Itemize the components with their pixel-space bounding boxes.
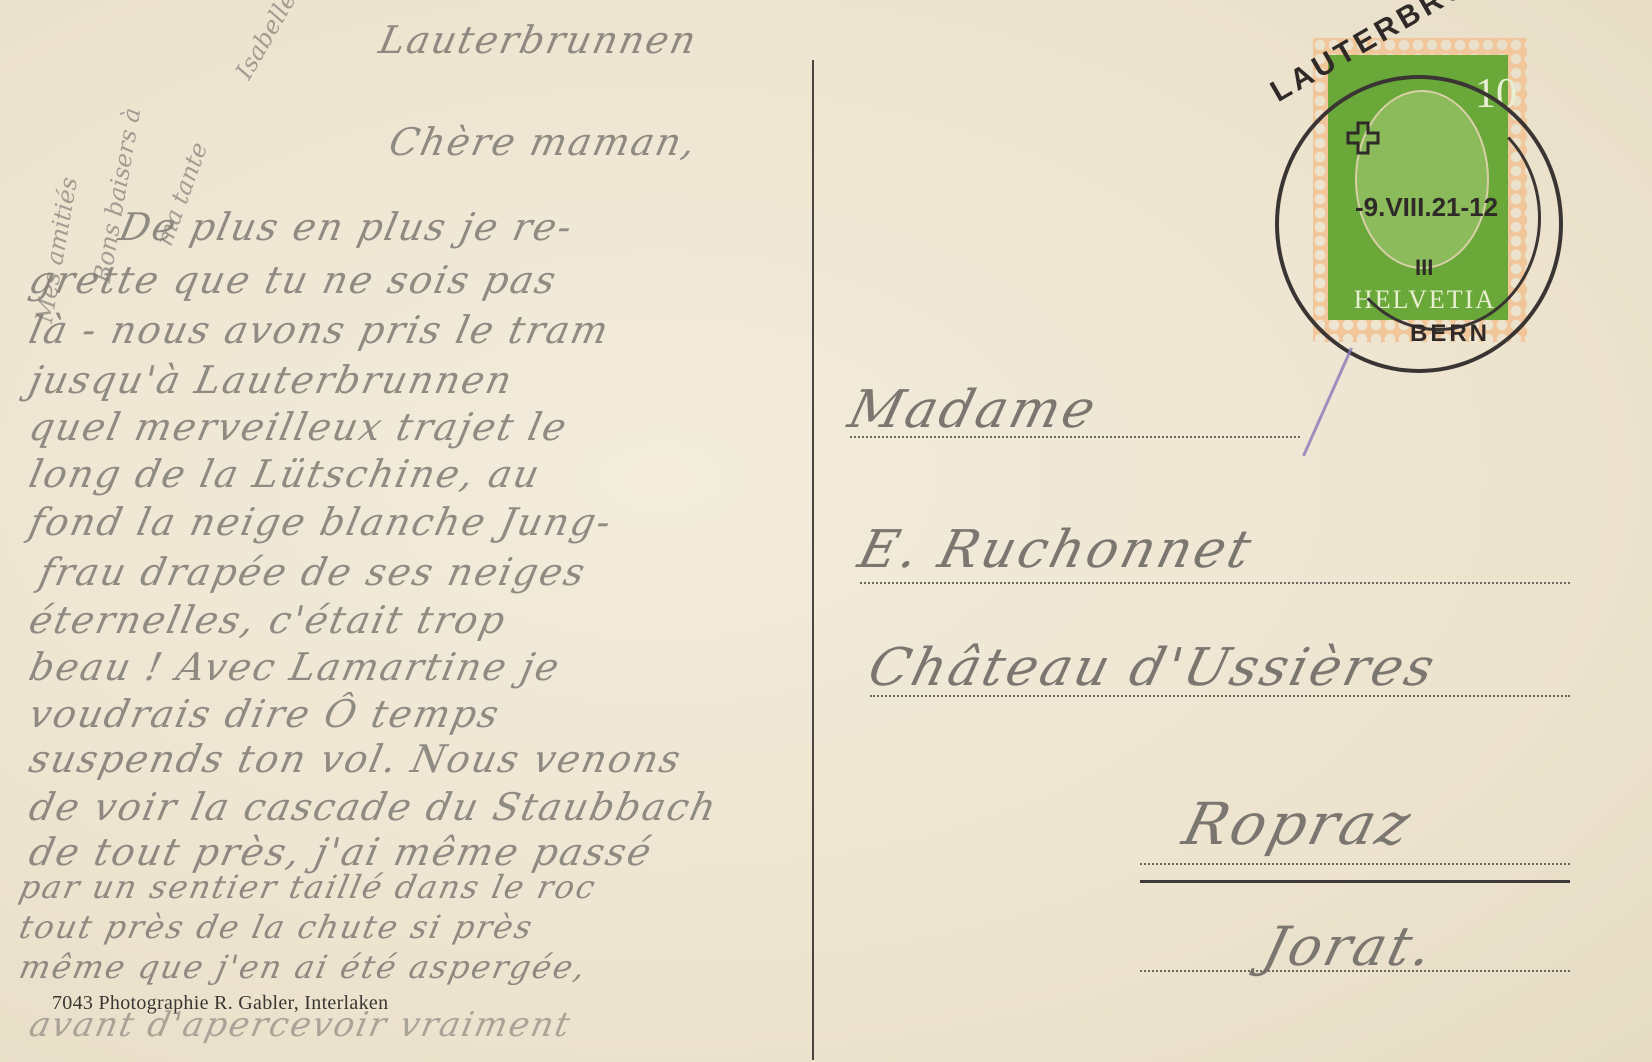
message-salutation: Chère maman, — [385, 120, 701, 164]
message-line: long de la Lütschine, au — [25, 452, 545, 496]
message-line: jusqu'à Lauterbrunnen — [25, 358, 517, 402]
address-line-1: Madame — [843, 380, 1105, 440]
postmark-roman: III — [1415, 255, 1433, 281]
message-line: par un sentier taillé dans le roc — [16, 868, 600, 906]
message-place: Lauterbrunnen — [375, 18, 702, 62]
address-line-2: E. Ruchonnet — [853, 520, 1260, 580]
message-line: fond la neige blanche Jung- — [25, 500, 616, 544]
message-line: frau drapée de ses neiges — [35, 550, 590, 594]
violet-ink-stroke — [1302, 347, 1353, 456]
address-line-3: Château d'Ussières — [863, 638, 1443, 698]
message-line: de voir la cascade du Staubbach — [25, 785, 722, 829]
publisher-imprint: 7043 Photographie R. Gabler, Interlaken — [52, 992, 388, 1015]
address-solid-rule — [1140, 880, 1570, 883]
address-dotline-1 — [850, 436, 1300, 438]
postmark-region: BERN — [1410, 320, 1490, 348]
margin-vertical-note-1: Mes amitiés — [30, 175, 83, 325]
message-line: éternelles, c'était trop — [25, 598, 510, 642]
message-line: tout près de la chute si près — [16, 908, 537, 946]
message-line: voudrais dire Ô temps — [25, 692, 504, 736]
message-line: grette que tu ne sois pas — [25, 258, 561, 302]
message-line: même que j'en ai été aspergée, — [16, 948, 591, 986]
address-dotline-2 — [860, 582, 1570, 584]
address-dotline-4 — [1140, 863, 1570, 865]
address-dotline-5 — [1140, 970, 1570, 972]
message-line: De plus en plus je re- — [115, 205, 577, 249]
center-divider — [812, 60, 814, 1060]
message-line: là - nous avons pris le tram — [25, 308, 614, 352]
address-line-4: Ropraz — [1177, 790, 1421, 858]
margin-corner-note: Isabelle — [230, 0, 302, 84]
postmark-date: -9.VIII.21-12 — [1355, 192, 1498, 223]
address-dotline-3 — [870, 695, 1570, 697]
message-line: quel merveilleux trajet le — [25, 405, 572, 449]
message-line: suspends ton vol. Nous venons — [25, 737, 686, 781]
message-line: beau ! Avec Lamartine je — [25, 645, 564, 689]
address-line-5: Jorat. — [1257, 915, 1442, 978]
postcard-back: Isabelle Mes amitiés Bons baisers à ma t… — [0, 0, 1652, 1062]
